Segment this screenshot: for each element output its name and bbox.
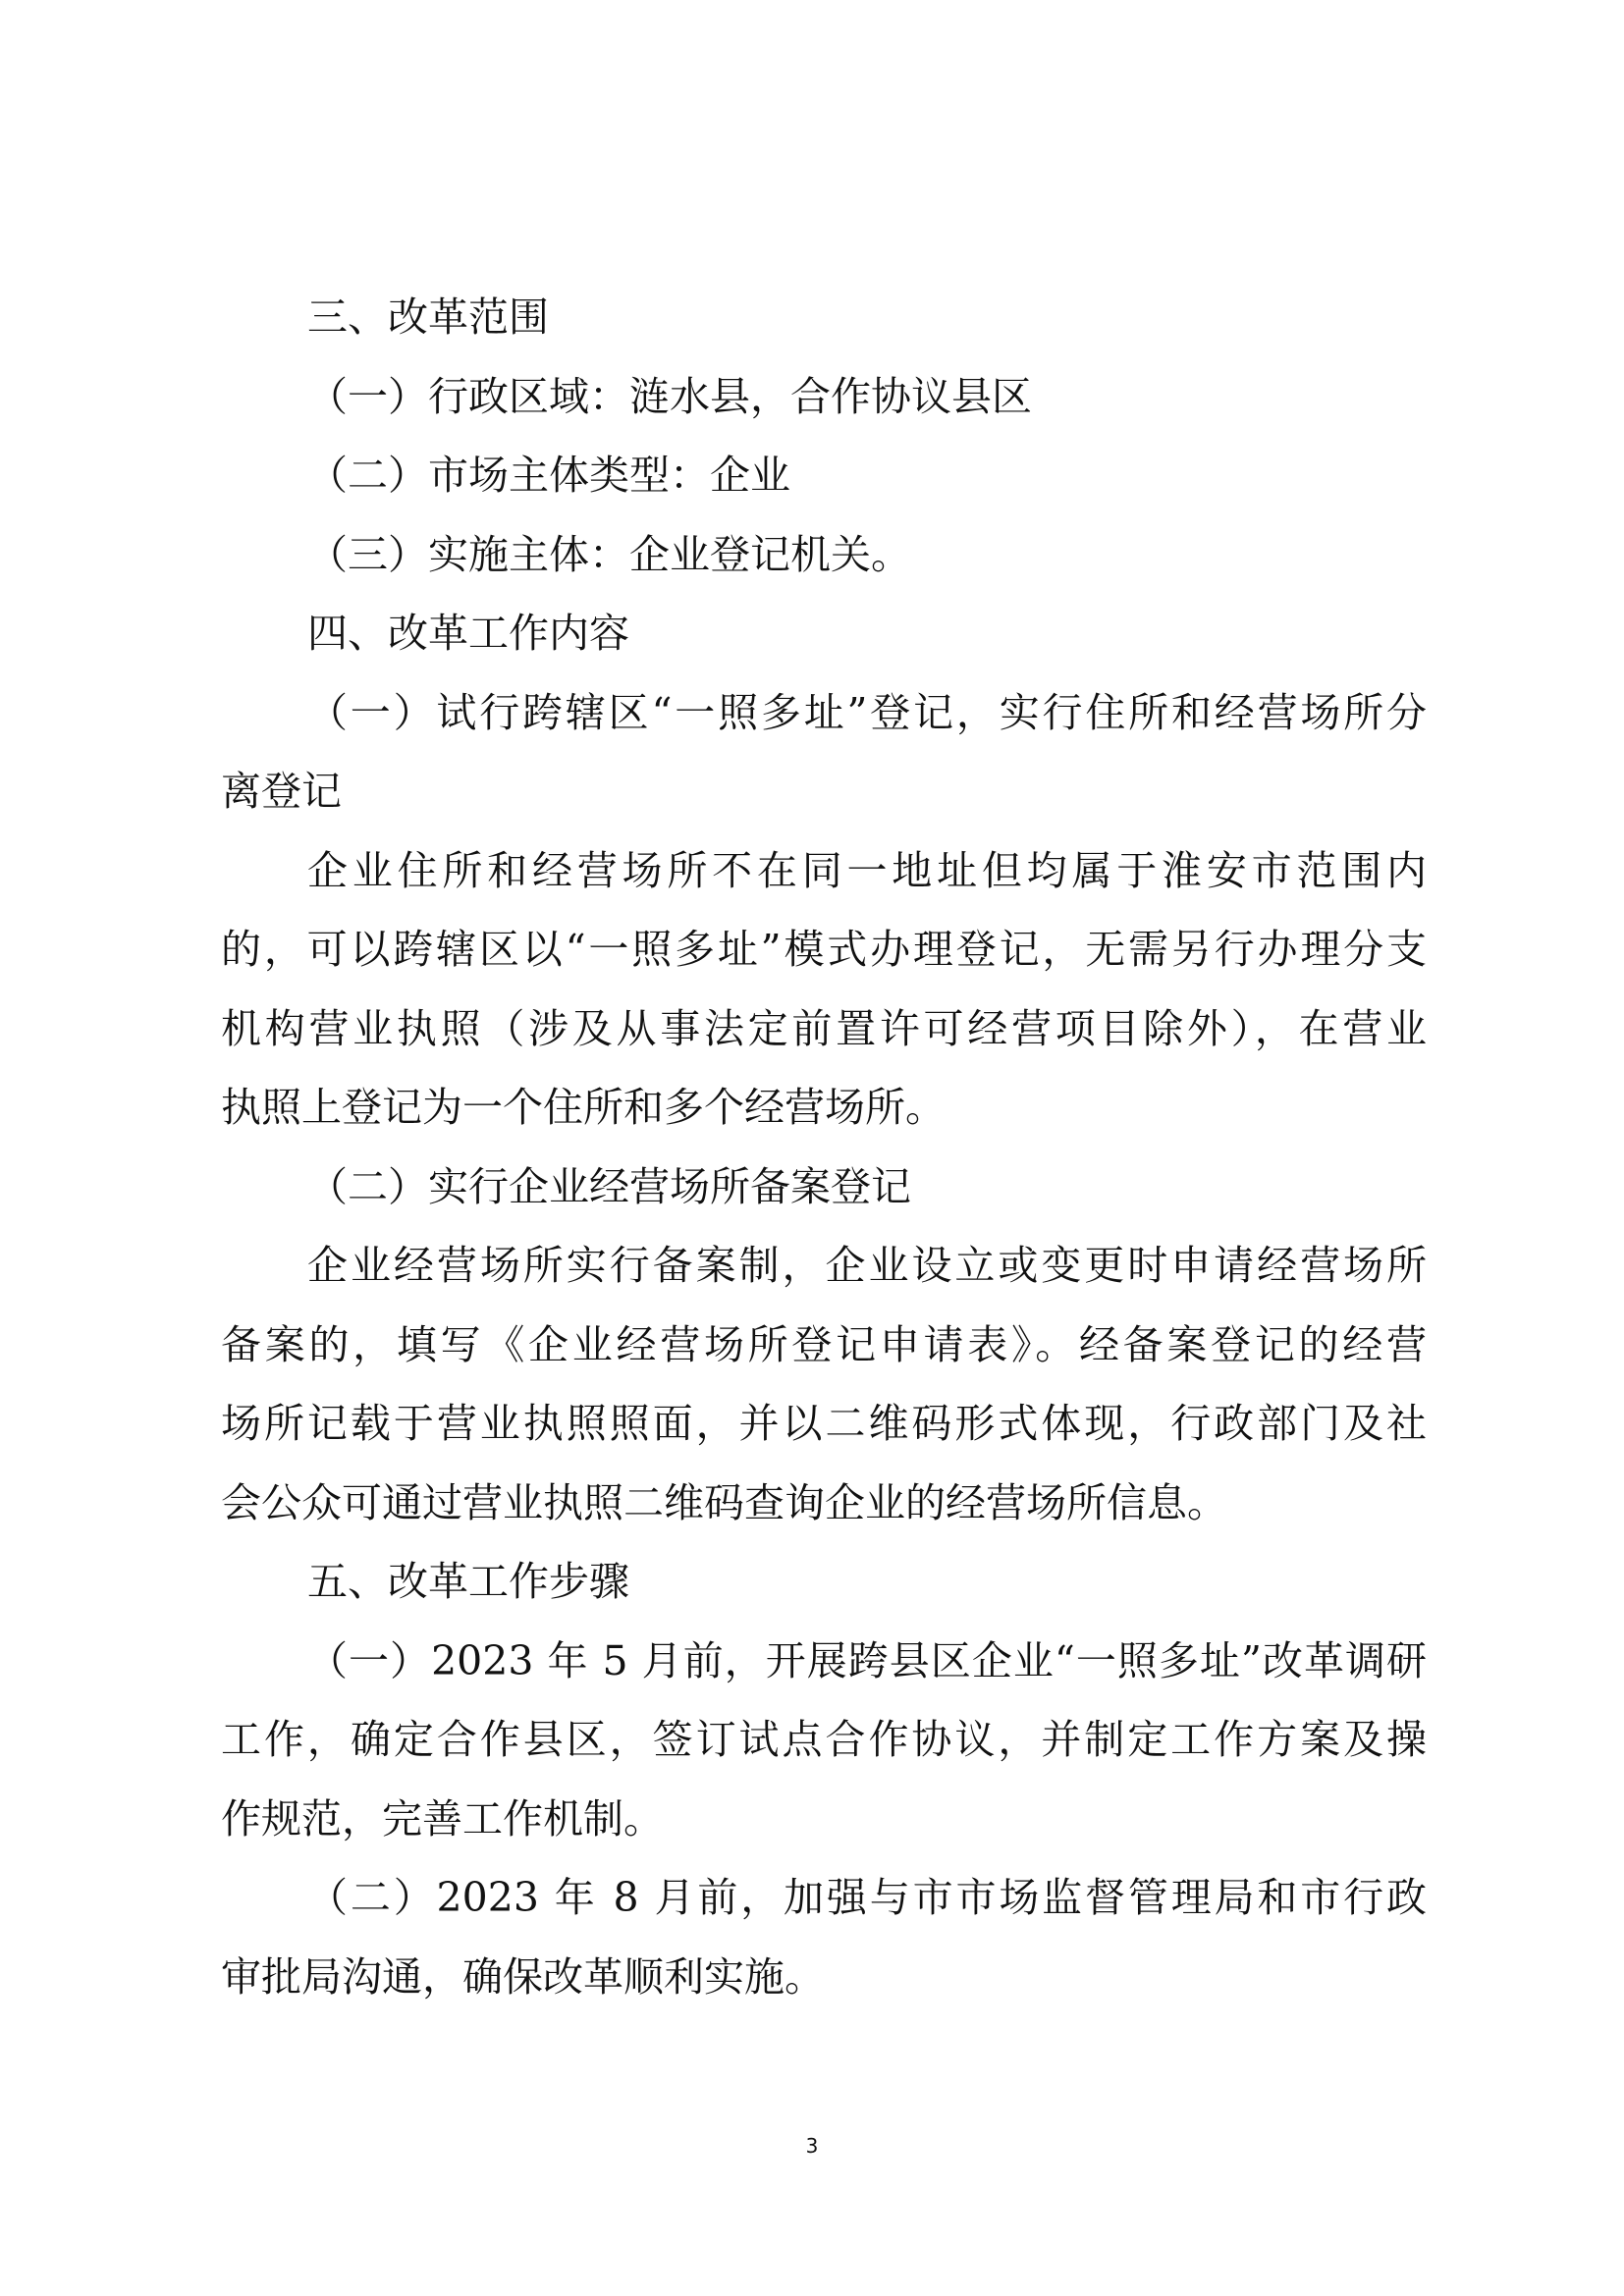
scope-item-implementer: （三）实施主体：企业登记机关。 — [307, 515, 911, 594]
section-heading-content: 四、改革工作内容 — [307, 594, 629, 672]
paragraph-line: 执照上登记为一个住所和多个经营场所。 — [221, 1068, 946, 1147]
paragraph-line: 场所记载于营业执照照面，并以二维码形式体现，行政部门及社 — [221, 1384, 1427, 1463]
subsection-title-multi-address: （一）试行跨辖区“一照多址”登记，实行住所和经营场所分 — [307, 673, 1427, 752]
paragraph-line: 机构营业执照（涉及从事法定前置许可经营项目除外），在营业 — [221, 989, 1427, 1068]
section-heading-steps: 五、改革工作步骤 — [307, 1542, 629, 1621]
subsection-title-filing: （二）实行企业经营场所备案登记 — [307, 1148, 911, 1226]
subsection-title-multi-address-cont: 离登记 — [221, 752, 342, 830]
step-line: 作规范，完善工作机制。 — [221, 1780, 664, 1858]
paragraph-line: 企业经营场所实行备案制，企业设立或变更时申请经营场所 — [307, 1226, 1427, 1305]
document-page: 三、改革范围 （一）行政区域：涟水县，合作协议县区 （二）市场主体类型：企业 （… — [0, 0, 1624, 2296]
step-line: （一）2023 年 5 月前，开展跨县区企业“一照多址”改革调研 — [307, 1622, 1427, 1700]
step-line: 审批局沟通，确保改革顺利实施。 — [221, 1938, 825, 2016]
paragraph-line: 会公众可通过营业执照二维码查询企业的经营场所信息。 — [221, 1464, 1227, 1542]
step-line: 工作，确定合作县区，签订试点合作协议，并制定工作方案及操 — [221, 1700, 1427, 1779]
scope-item-region: （一）行政区域：涟水县，合作协议县区 — [307, 357, 1032, 436]
paragraph-line: 备案的，填写《企业经营场所登记申请表》。经备案登记的经营 — [221, 1306, 1427, 1384]
paragraph-line: 企业住所和经营场所不在同一地址但均属于淮安市范围内 — [307, 831, 1427, 910]
paragraph-line: 的，可以跨辖区以“一照多址”模式办理登记，无需另行办理分支 — [221, 910, 1427, 988]
scope-item-entity-type: （二）市场主体类型：企业 — [307, 436, 790, 514]
section-heading-scope: 三、改革范围 — [307, 278, 549, 356]
page-number: 3 — [0, 2134, 1624, 2158]
step-line: （二）2023 年 8 月前，加强与市市场监督管理局和市行政 — [307, 1858, 1427, 1937]
